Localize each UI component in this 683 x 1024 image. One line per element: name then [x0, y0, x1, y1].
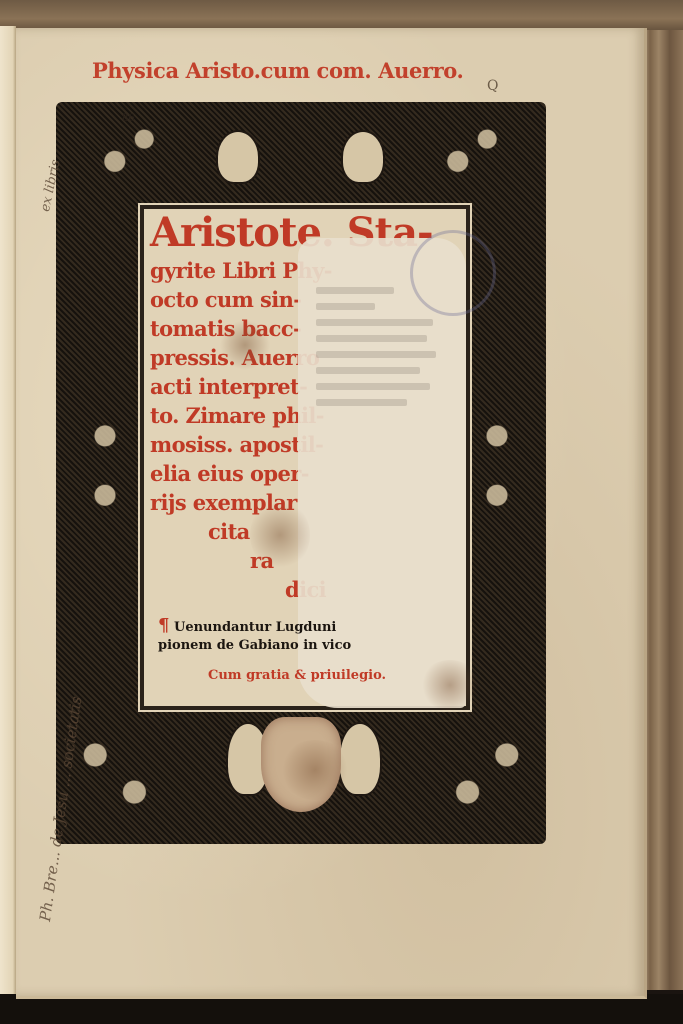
stain	[420, 660, 480, 710]
cherub-top-right	[341, 130, 385, 184]
stain	[280, 740, 350, 800]
running-title: Physica Aristo.cum com. Auerro.	[92, 58, 502, 83]
imprint-line: ¶ Uenundantur Lugduni	[158, 617, 458, 637]
left-flyleaf	[0, 26, 16, 1006]
imprint-text: Uenundantur Lugduni	[174, 620, 336, 635]
woodcut-number: 86	[122, 113, 135, 124]
imprint-line: pionem de Gabiano in vico	[158, 637, 458, 655]
pilcrow-icon: ¶	[158, 615, 169, 636]
stain	[220, 320, 270, 370]
cherub-top-left	[216, 130, 260, 184]
margin-mark: Q	[487, 78, 498, 94]
imprint: ¶ Uenundantur Lugduni pionem de Gabiano …	[158, 617, 458, 655]
stain	[250, 500, 310, 570]
privilege-line: Cum gratia & priuilegio.	[208, 668, 386, 683]
library-stamp	[410, 230, 496, 316]
